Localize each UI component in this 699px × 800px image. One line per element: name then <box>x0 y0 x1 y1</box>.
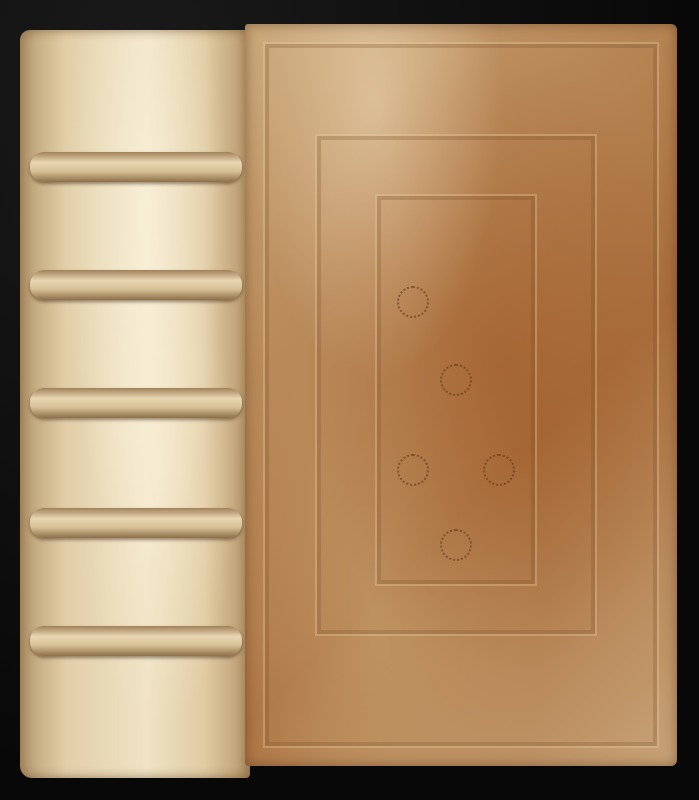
rosette-stamp <box>397 454 429 486</box>
spine-raised-band <box>30 508 242 538</box>
rosette-stamp <box>483 454 515 486</box>
book-spine <box>20 30 250 778</box>
spine-raised-band <box>30 388 242 418</box>
rosette-stamp <box>440 364 472 396</box>
spine-raised-band <box>30 626 242 656</box>
rosette-stamp <box>440 529 472 561</box>
rosette-stamp <box>397 286 429 318</box>
spine-raised-band <box>30 270 242 300</box>
book-front-cover <box>245 24 677 766</box>
spine-raised-band <box>30 152 242 182</box>
photograph <box>0 0 699 800</box>
